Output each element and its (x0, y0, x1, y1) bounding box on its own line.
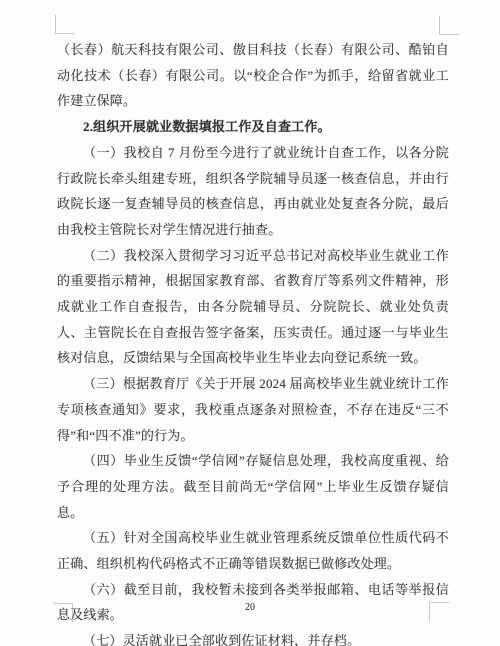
text-boundary-mark-top-left (55, 15, 75, 34)
continuation-paragraph: （长春）航天科技有限公司、傲目科技（长春）有限公司、酷铂自动化技术（长春）有限公… (57, 37, 449, 114)
text-boundary-mark-top-right (439, 16, 459, 35)
list-item-3: （三）根据教育厅《关于开展 2024 届高校毕业生就业统计工作专项核查通知》要求… (57, 371, 449, 448)
list-item-4: （四）毕业生反馈“学信网”存疑信息处理，我校高度重视、给予合理的处理方法。截至目… (57, 448, 449, 525)
list-item-7: （七）灵活就业已全部收到佐证材料，并存档。 (57, 628, 449, 646)
document-page: （长春）航天科技有限公司、傲目科技（长春）有限公司、酷铂自动化技术（长春）有限公… (0, 0, 500, 646)
list-item-1: （一）我校自 7 月份至今进行了就业统计自查工作，以各分院行政院长牵头组建专班，… (57, 140, 449, 243)
document-body: （长春）航天科技有限公司、傲目科技（长春）有限公司、酷铂自动化技术（长春）有限公… (57, 37, 449, 646)
page-number: 20 (0, 602, 500, 613)
list-item-2: （二）我校深入贯彻学习习近平总书记对高校毕业生就业工作的重要指示精神，根据国家教… (57, 243, 449, 372)
list-item-5: （五）针对全国高校毕业生就业管理系统反馈单位性质代码不正确、组织机构代码格式不正… (57, 525, 449, 576)
section-heading: 2.组织开展就业数据填报工作及自查工作。 (57, 114, 449, 140)
